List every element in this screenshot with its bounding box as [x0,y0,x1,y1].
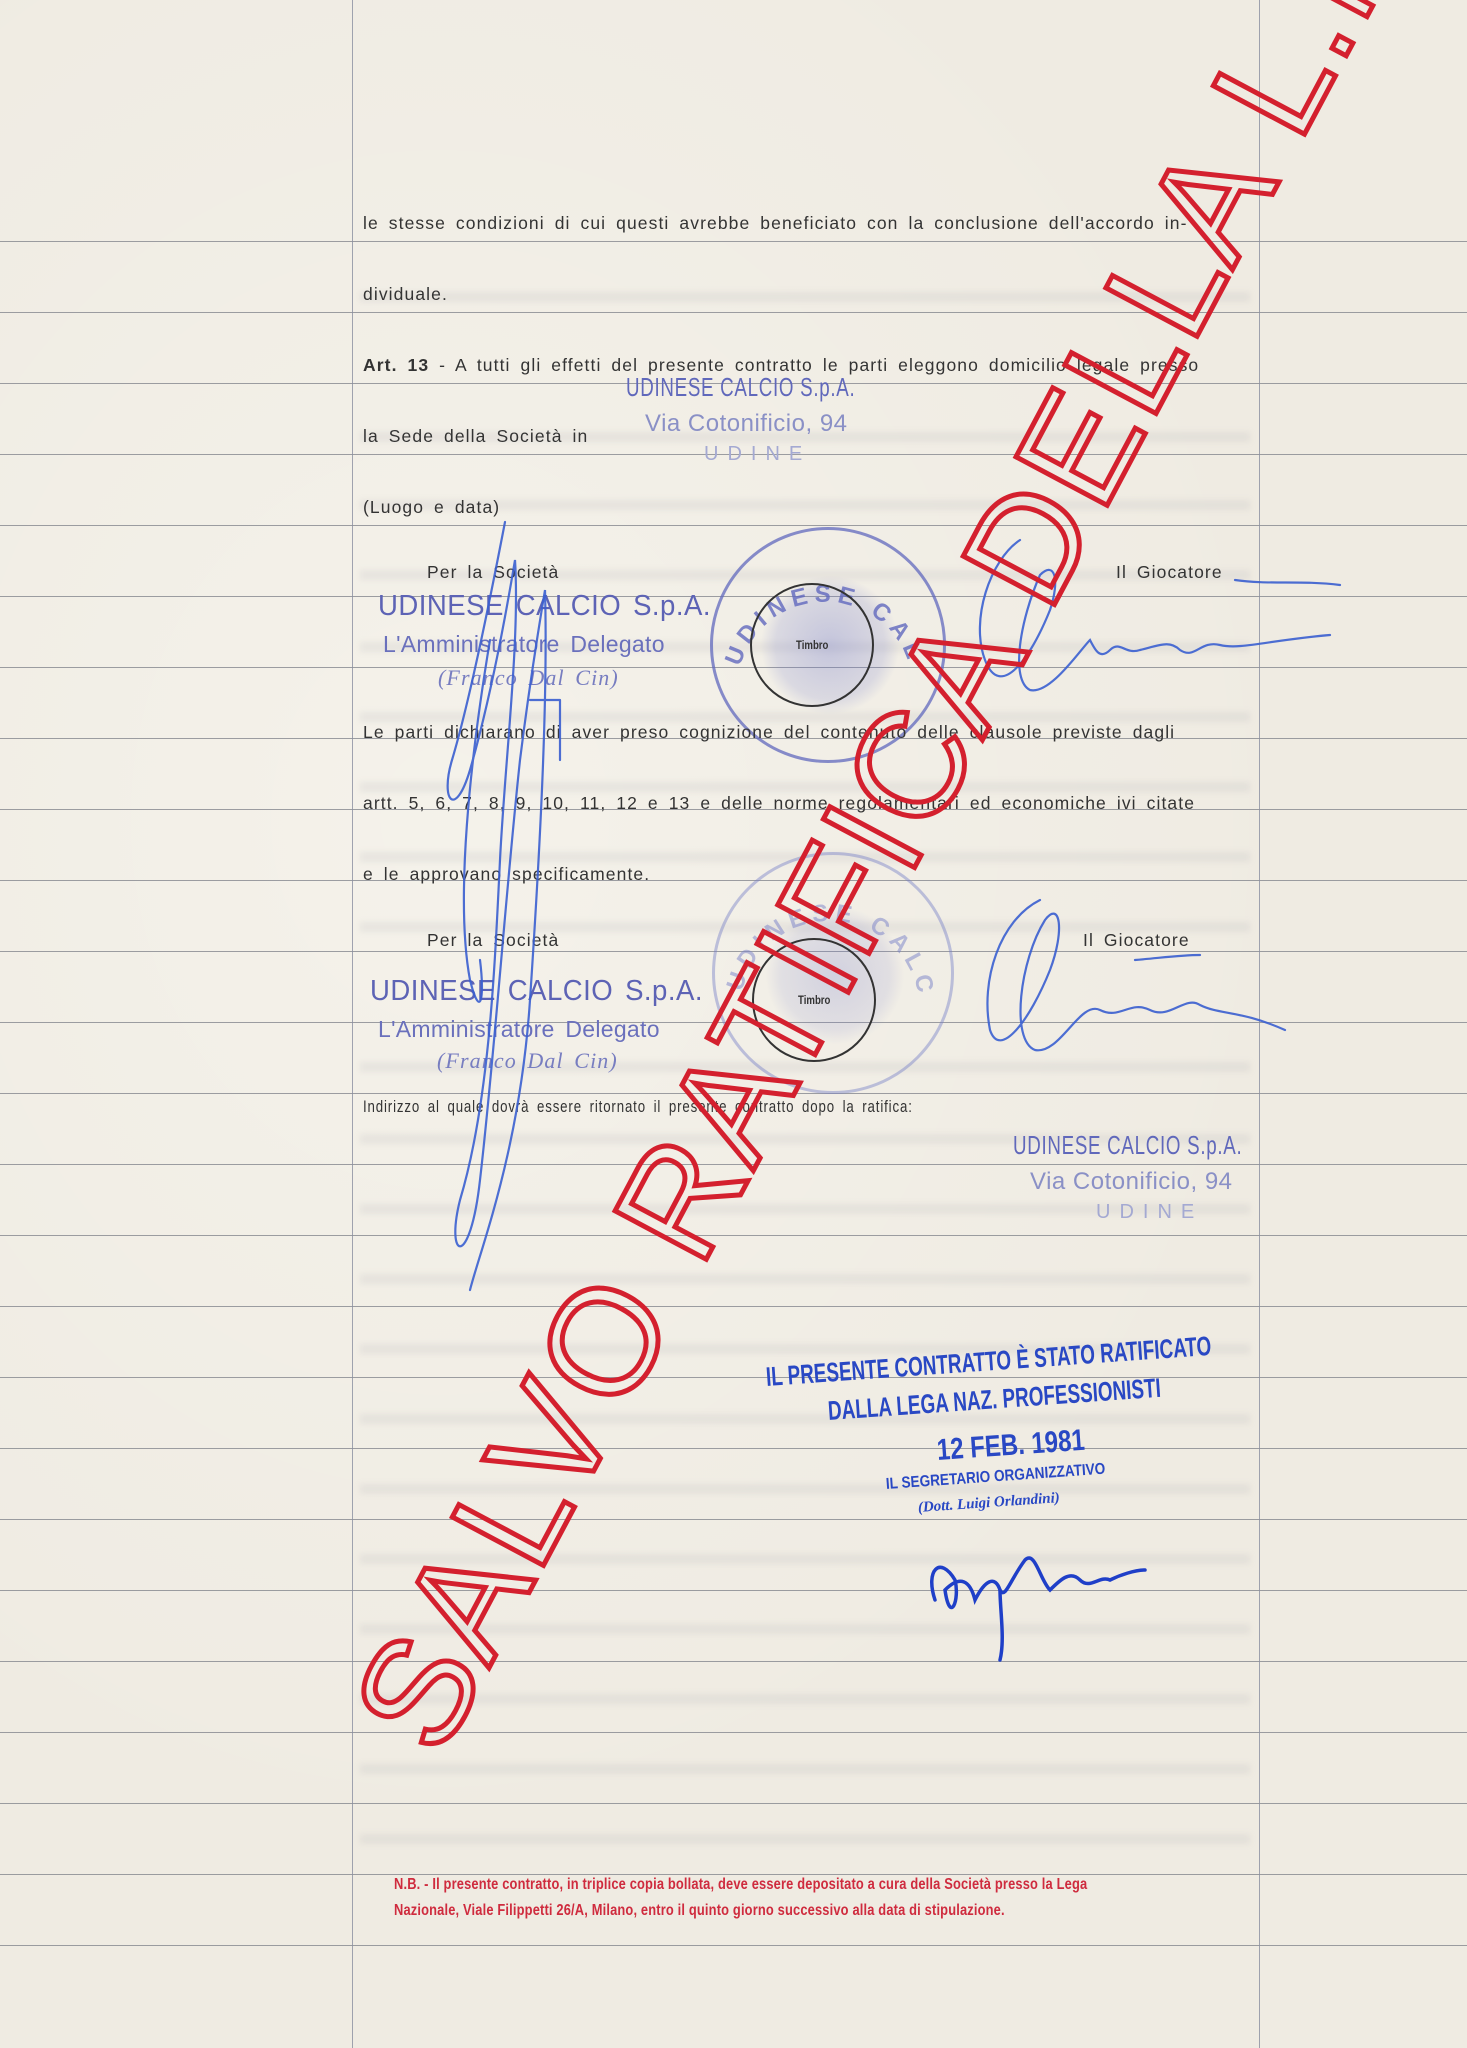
footer-note-line-1: N.B. - Il presente contratto, in triplic… [394,1876,1087,1894]
giocatore-label-2: Il Giocatore [1083,930,1190,951]
sede-label: la Sede della Società in [363,426,588,447]
address-stamp-street: Via Cotonificio, 94 [645,410,848,438]
text-line-2: dividuale. [363,284,448,305]
per-societa-label-2: Per la Società [427,930,559,951]
address-stamp-name: UDINESE CALCIO S.p.A. [626,372,855,403]
clauses-line-2: artt. 5, 6, 7, 8, 9, 10, 11, 12 e 13 e d… [363,793,1195,814]
return-stamp-street: Via Cotonificio, 94 [1030,1168,1233,1196]
timbro-circle-1: Timbro [750,583,874,707]
text-line-1: le stesse condizioni di cui questi avreb… [363,213,1188,234]
per-societa-label-1: Per la Società [427,562,559,583]
article-13-label: Art. 13 [363,355,429,375]
company-name-1: UDINESE CALCIO S.p.A. [378,590,711,623]
timbro-label-1: Timbro [796,638,828,652]
company-name-2: UDINESE CALCIO S.p.A. [370,975,703,1008]
company-person-1: (Franco Dal Cin) [438,665,619,691]
giocatore-label-1: Il Giocatore [1116,562,1223,583]
company-role-1: L'Amministratore Delegato [383,631,665,658]
return-stamp-name: UDINESE CALCIO S.p.A. [1013,1130,1242,1161]
address-stamp-city: UDINE [704,443,811,466]
clauses-line-1: Le parti dichiarano di aver preso cogniz… [363,722,1175,743]
company-role-2: L'Amministratore Delegato [378,1016,660,1043]
return-address-label: Indirizzo al quale dovrà essere ritornat… [363,1097,913,1117]
footer-note-line-2: Nazionale, Viale Filippetti 26/A, Milano… [394,1902,1005,1920]
company-person-2: (Franco Dal Cin) [437,1048,618,1074]
luogo-data-label: (Luogo e data) [363,497,500,518]
return-stamp-city: UDINE [1096,1201,1203,1224]
clauses-line-3: e le approvano specificamente. [363,864,650,885]
timbro-circle-2: Timbro [752,938,876,1062]
timbro-label-2: Timbro [798,993,830,1007]
